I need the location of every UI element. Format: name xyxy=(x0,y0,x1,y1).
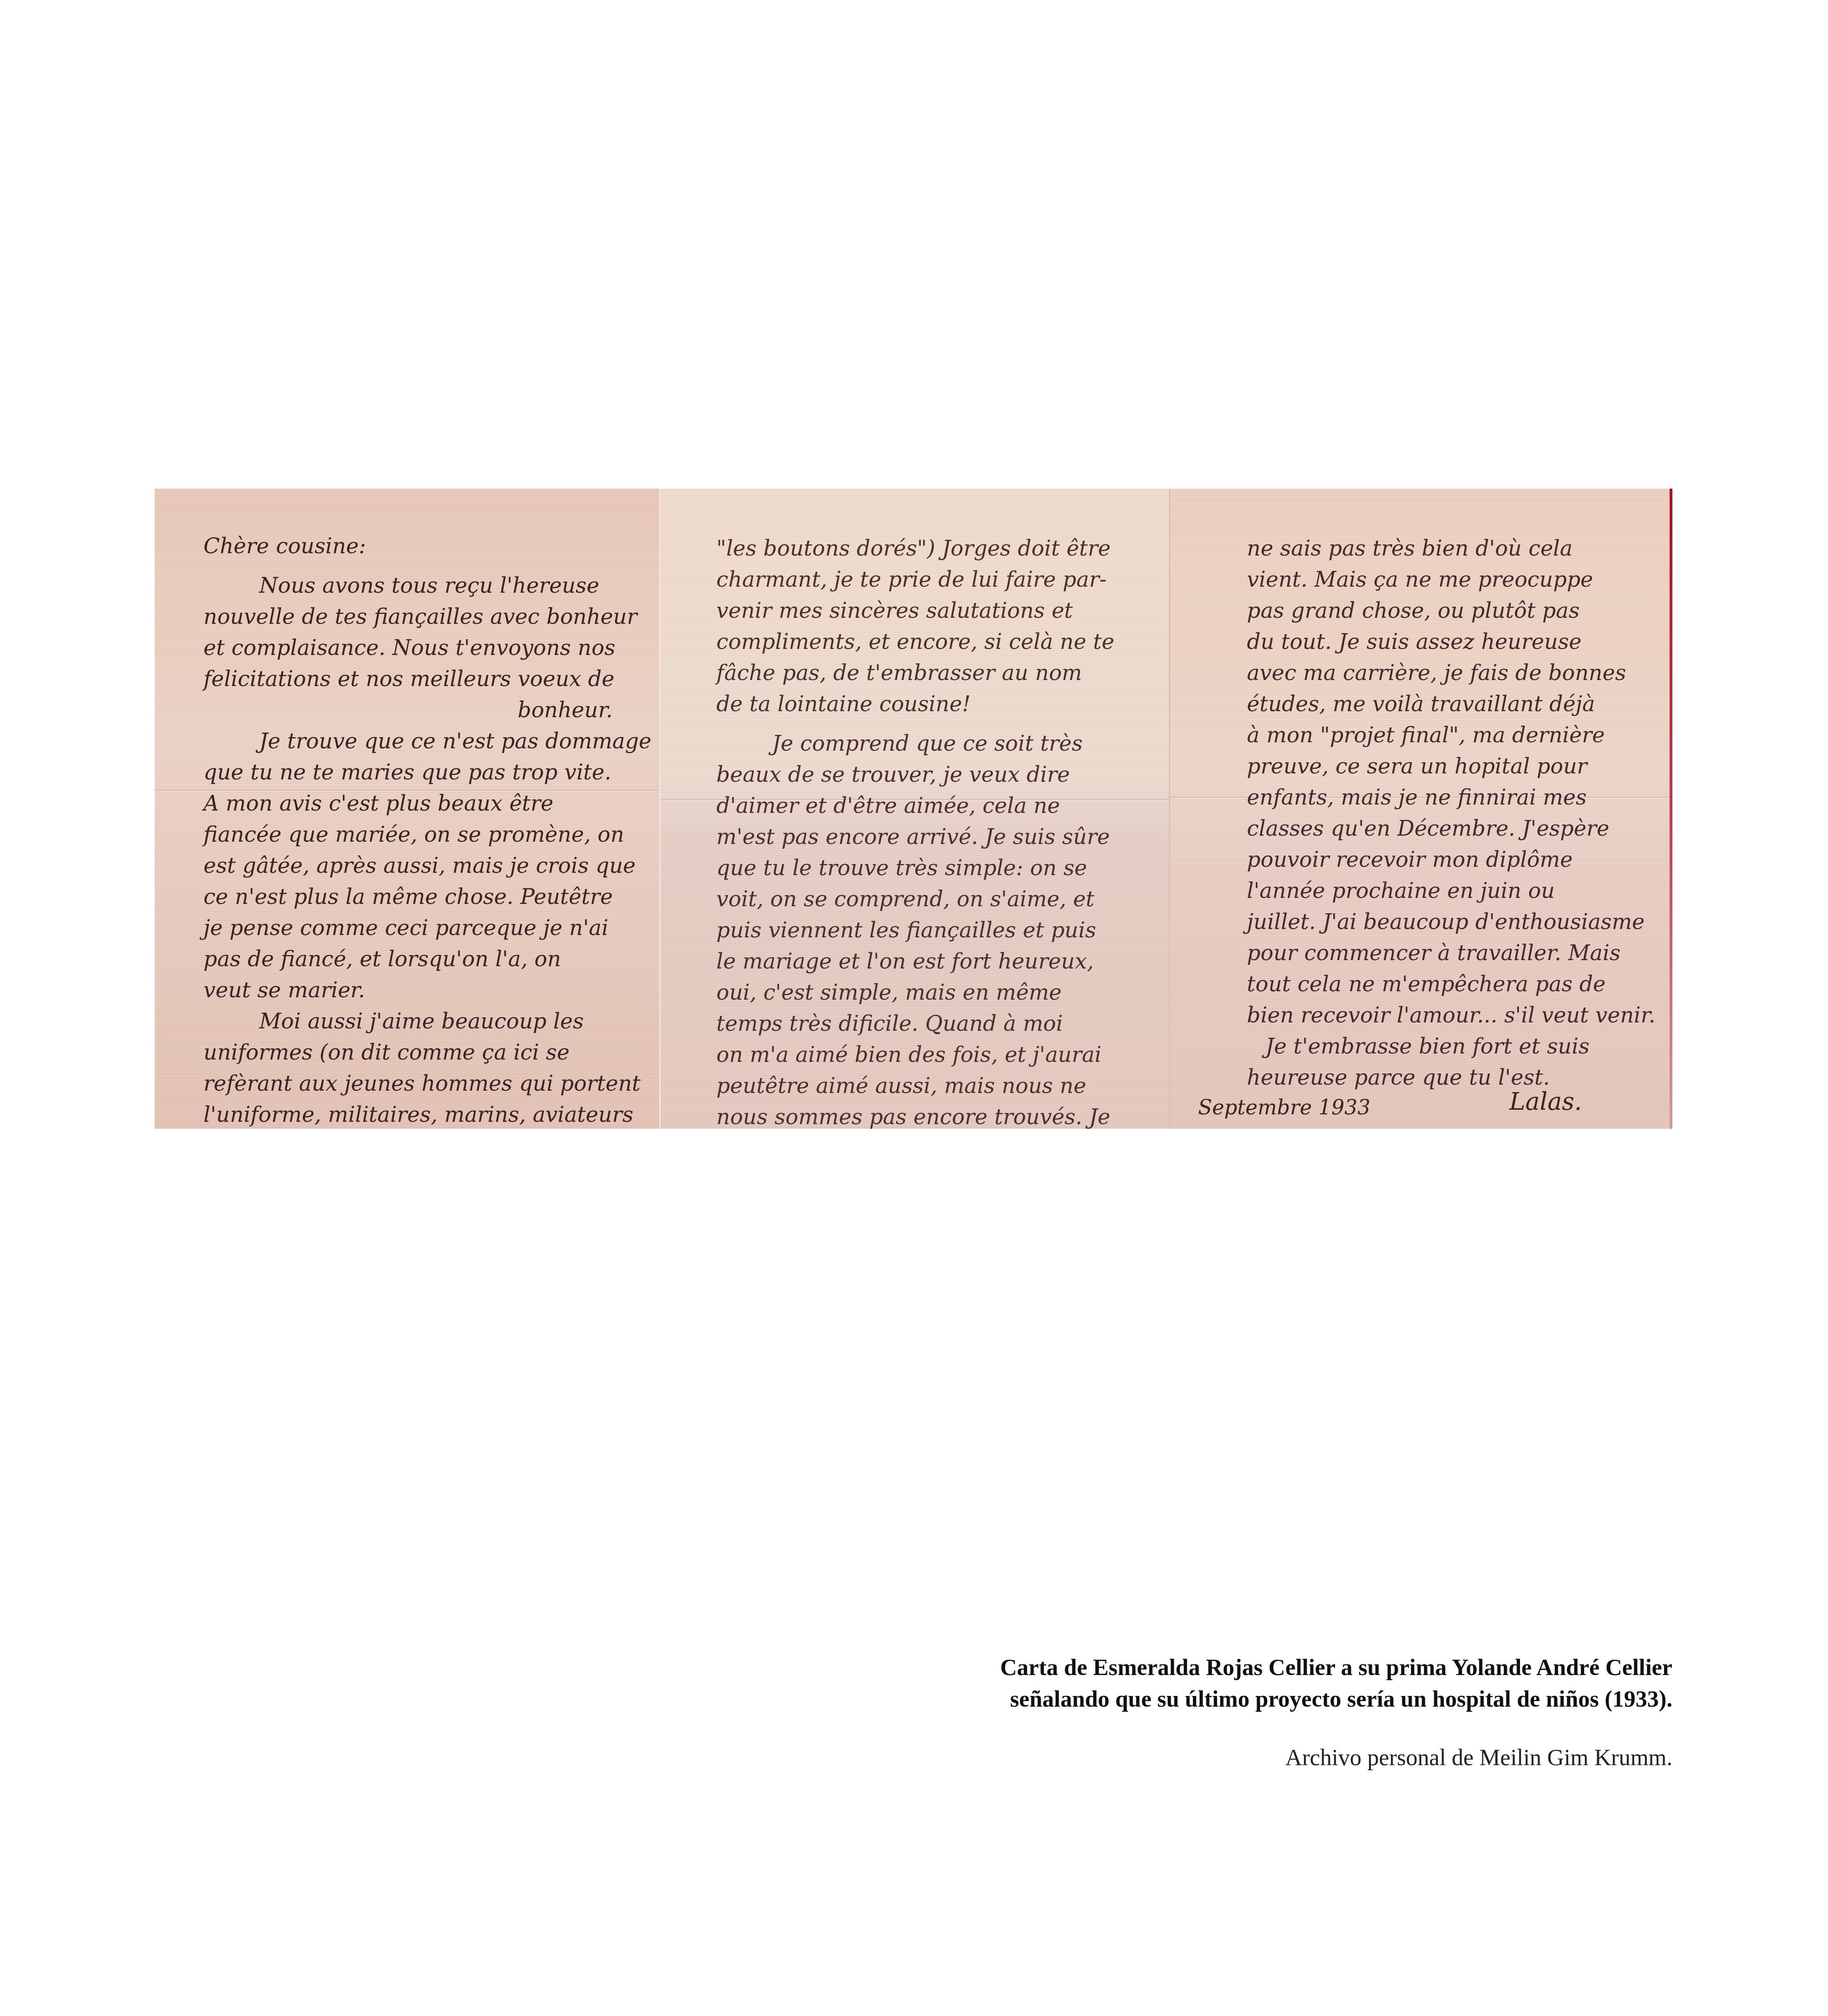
letter-panel-left: Chère cousine: Nous avons tous reçu l'he… xyxy=(155,489,659,1129)
handwritten-line: venir mes sincères salutations et xyxy=(716,595,1155,626)
handwritten-line: pas de fiancé, et lorsqu'on l'a, on xyxy=(203,943,641,975)
handwritten-line: vient. Mais ça ne me preocuppe xyxy=(1247,564,1658,595)
caption-source: Archivo personal de Meilin Gim Krumm. xyxy=(1000,1742,1672,1772)
handwritten-line: Nous avons tous reçu l'hereuse xyxy=(203,570,641,601)
handwritten-line: on m'a aimé bien des fois, et j'aurai xyxy=(716,1039,1155,1070)
handwritten-line: nouvelle de tes fiançailles avec bonheur xyxy=(203,601,641,632)
letter-date: Septembre 1933 xyxy=(1198,1096,1370,1119)
letter-photograph: Chère cousine: Nous avons tous reçu l'he… xyxy=(155,489,1672,1129)
handwritten-line: avec ma carrière, je fais de bonnes xyxy=(1247,657,1658,688)
handwritten-line: beaux de se trouver, je veux dire xyxy=(716,759,1155,790)
handwritten-line: fiancée que mariée, on se promène, on xyxy=(203,819,641,850)
handwritten-line: refèrant aux jeunes hommes qui portent xyxy=(203,1068,641,1099)
handwritten-line: oui, c'est simple, mais en même xyxy=(716,977,1155,1008)
handwritten-line: nous sommes pas encore trouvés. Je xyxy=(716,1101,1155,1129)
handwritten-line: heureuse parce que tu l'est. xyxy=(1247,1062,1658,1093)
handwriting-middle: "les boutons dorés") Jorges doit être ch… xyxy=(661,533,1169,1129)
handwritten-line: preuve, ce sera un hopital pour xyxy=(1247,751,1658,782)
handwritten-line: ne sais pas très bien d'où cela xyxy=(1247,533,1658,564)
salutation: Chère cousine: xyxy=(203,530,641,562)
handwritten-line: Je trouve que ce n'est pas dommage xyxy=(203,726,641,757)
handwritten-line: m'est pas encore arrivé. Je suis sûre xyxy=(716,821,1155,852)
handwritten-line: enfants, mais je ne finnirai mes xyxy=(1247,782,1658,813)
handwritten-line: Je comprend que ce soit très xyxy=(716,728,1155,759)
handwritten-line: classes qu'en Décembre. J'espère xyxy=(1247,813,1658,844)
handwritten-line: charmant, je te prie de lui faire par- xyxy=(716,564,1155,595)
handwritten-line: l'année prochaine en juin ou xyxy=(1247,875,1658,906)
handwritten-line: temps très dificile. Quand à moi xyxy=(716,1008,1155,1039)
handwritten-line: tout cela ne m'empêchera pas de xyxy=(1247,969,1658,1000)
handwriting-left: Chère cousine: Nous avons tous reçu l'he… xyxy=(155,530,659,1129)
handwritten-line: uniformes (on dit comme ça ici se xyxy=(203,1037,641,1068)
handwritten-line: fâche pas, de t'embrasser au nom xyxy=(716,657,1155,688)
letter-signature: Lalas. xyxy=(1509,1088,1582,1116)
handwritten-line: compliments, et encore, si celà ne te xyxy=(716,626,1155,657)
handwritten-line: peutêtre aimé aussi, mais nous ne xyxy=(716,1070,1155,1101)
handwriting-right: ne sais pas très bien d'où cela vient. M… xyxy=(1170,533,1672,1093)
handwritten-line: juillet. J'ai beaucoup d'enthousiasme xyxy=(1247,906,1658,937)
handwritten-line: le mariage et l'on est fort heureux, xyxy=(716,946,1155,977)
handwritten-line: et complaisance. Nous t'envoyons nos xyxy=(203,632,641,663)
figure-caption: Carta de Esmeralda Rojas Cellier a su pr… xyxy=(1000,1651,1672,1772)
handwritten-line: A mon avis c'est plus beaux être xyxy=(203,788,641,819)
handwritten-line: de ta lointaine cousine! xyxy=(716,688,1155,720)
handwritten-line: du tout. Je suis assez heureuse xyxy=(1247,626,1658,657)
handwritten-line: que tu ne te maries que pas trop vite. xyxy=(203,757,641,788)
handwritten-line: bonheur. xyxy=(203,694,641,726)
caption-title-line-2: señalando que su último proyecto sería u… xyxy=(1000,1683,1672,1715)
handwritten-line: pas grand chose, ou plutôt pas xyxy=(1247,595,1658,626)
handwritten-line: pouvoir recevoir mon diplôme xyxy=(1247,844,1658,875)
handwritten-line: Moi aussi j'aime beaucoup les xyxy=(203,1006,641,1037)
handwritten-line: "les boutons dorés") Jorges doit être xyxy=(716,533,1155,564)
handwritten-line: bien recevoir l'amour... s'il veut venir… xyxy=(1247,1000,1658,1031)
handwritten-line: l'uniforme, militaires, marins, aviateur… xyxy=(203,1099,641,1129)
caption-title: Carta de Esmeralda Rojas Cellier a su pr… xyxy=(1000,1651,1672,1715)
handwritten-line: études, me voilà travaillant déjà xyxy=(1247,688,1658,720)
caption-title-line-1: Carta de Esmeralda Rojas Cellier a su pr… xyxy=(1000,1651,1672,1683)
handwritten-line: puis viennent les fiançailles et puis xyxy=(716,915,1155,946)
handwritten-line: que tu le trouve très simple: on se xyxy=(716,852,1155,884)
handwritten-line: d'aimer et d'être aimée, cela ne xyxy=(716,790,1155,821)
handwritten-line: felicitations et nos meilleurs voeux de xyxy=(203,663,641,694)
handwritten-line: je pense comme ceci parceque je n'ai xyxy=(203,912,641,943)
handwritten-line: est gâtée, après aussi, mais je crois qu… xyxy=(203,850,641,881)
handwritten-line: voit, on se comprend, on s'aime, et xyxy=(716,884,1155,915)
handwritten-line: veut se marier. xyxy=(203,975,641,1006)
letter-panel-middle: "les boutons dorés") Jorges doit être ch… xyxy=(659,489,1169,1129)
letter-panel-right: ne sais pas très bien d'où cela vient. M… xyxy=(1169,489,1672,1129)
handwritten-line: à mon "projet final", ma dernière xyxy=(1247,720,1658,751)
handwritten-line: ce n'est plus la même chose. Peutêtre xyxy=(203,881,641,912)
handwritten-line: Je t'embrasse bien fort et suis xyxy=(1247,1031,1658,1062)
handwritten-line: pour commencer à travailler. Mais xyxy=(1247,937,1658,969)
